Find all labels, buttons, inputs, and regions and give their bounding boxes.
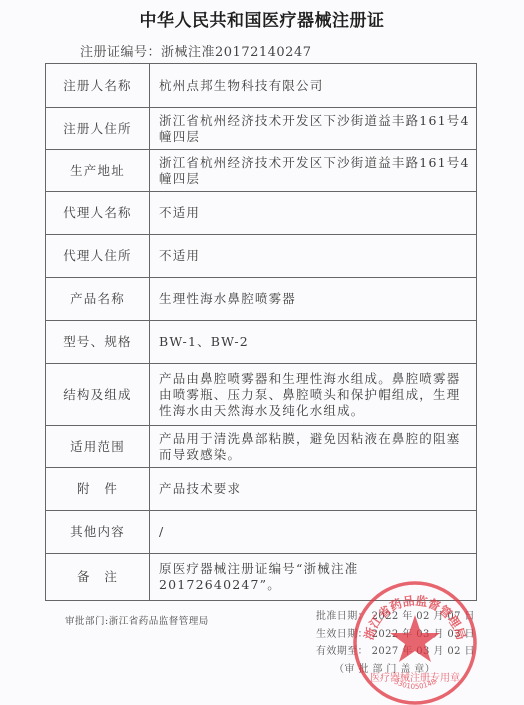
row-label: 注册人住所 xyxy=(46,108,150,150)
registration-number-line: 注册证编号：浙械注准20172140247 xyxy=(80,41,312,60)
certificate-table: 注册人名称杭州点邦生物科技有限公司注册人住所浙江省杭州经济技术开发区下沙街道益丰… xyxy=(45,63,477,601)
row-label: 其他内容 xyxy=(46,511,150,554)
row-value: 杭州点邦生物科技有限公司 xyxy=(150,64,477,108)
table-row: 结构及组成产品由鼻腔喷雾器和生理性海水组成。鼻腔喷雾器由喷雾瓶、压力泵、鼻腔喷头… xyxy=(46,364,477,426)
row-value: 浙江省杭州经济技术开发区下沙街道益丰路161号4幢四层 xyxy=(150,150,477,192)
approval-department: 审批部门:浙江省药品监督管理局 xyxy=(65,613,209,627)
row-label: 结构及组成 xyxy=(46,364,150,426)
row-label: 型号、规格 xyxy=(46,321,150,364)
row-label: 注册人名称 xyxy=(46,64,150,108)
document-title: 中华人民共和国医疗器械注册证 xyxy=(0,6,524,31)
row-value: 浙江省杭州经济技术开发区下沙街道益丰路161号4幢四层 xyxy=(150,108,477,150)
table-row: 型号、规格BW-1、BW-2 xyxy=(46,321,477,364)
row-value: 不适用 xyxy=(150,235,477,278)
row-label: 代理人住所 xyxy=(46,235,150,278)
table-row: 附 件产品技术要求 xyxy=(46,468,477,511)
row-label: 生产地址 xyxy=(46,150,150,192)
table-row: 注册人名称杭州点邦生物科技有限公司 xyxy=(46,64,477,108)
row-value: 原医疗器械注册证编号“浙械注准20172640247”。 xyxy=(150,554,477,601)
table-row: 注册人住所浙江省杭州经济技术开发区下沙街道益丰路161号4幢四层 xyxy=(46,108,477,150)
table-row: 其他内容/ xyxy=(46,511,477,554)
row-label: 代理人名称 xyxy=(46,192,150,235)
row-value: 产品由鼻腔喷雾器和生理性海水组成。鼻腔喷雾器由喷雾瓶、压力泵、鼻腔喷头和保护帽组… xyxy=(150,364,477,426)
table-row: 适用范围产品用于清洗鼻部粘膜，避免因粘液在鼻腔的阻塞而导致感染。 xyxy=(46,426,477,468)
row-value: BW-1、BW-2 xyxy=(150,321,477,364)
table-row: 代理人名称不适用 xyxy=(46,192,477,235)
table-row: 代理人住所不适用 xyxy=(46,235,477,278)
expiry-date: 有效期至： 2027 年 03 月 02 日 xyxy=(316,643,475,661)
dates-block: 批准日期： 2022 年 02 月 07 日 生效日期： 2022 年 03 月… xyxy=(316,608,475,678)
registration-number-label: 注册证编号： xyxy=(80,45,161,60)
effective-date: 生效日期： 2022 年 03 月 03 日 xyxy=(316,626,475,644)
table-row: 产品名称生理性海水鼻腔喷雾器 xyxy=(46,278,477,321)
approval-date: 批准日期： 2022 年 02 月 07 日 xyxy=(316,608,475,626)
row-value: 产品技术要求 xyxy=(150,468,477,511)
row-label: 附 件 xyxy=(46,468,150,511)
row-value: 产品用于清洗鼻部粘膜，避免因粘液在鼻腔的阻塞而导致感染。 xyxy=(150,426,477,468)
registration-number: 浙械注准20172140247 xyxy=(161,45,311,60)
row-label: 适用范围 xyxy=(46,426,150,468)
table-row: 生产地址浙江省杭州经济技术开发区下沙街道益丰路161号4幢四层 xyxy=(46,150,477,192)
row-value: 不适用 xyxy=(150,192,477,235)
row-label: 备 注 xyxy=(46,554,150,601)
table-row: 备 注原医疗器械注册证编号“浙械注准20172640247”。 xyxy=(46,554,477,601)
seal-note: （审 批 部 门 盖 章） xyxy=(316,661,475,679)
row-label: 产品名称 xyxy=(46,278,150,321)
row-value: / xyxy=(150,511,477,554)
svg-text:3301050148: 3301050148 xyxy=(393,678,438,691)
row-value: 生理性海水鼻腔喷雾器 xyxy=(150,278,477,321)
